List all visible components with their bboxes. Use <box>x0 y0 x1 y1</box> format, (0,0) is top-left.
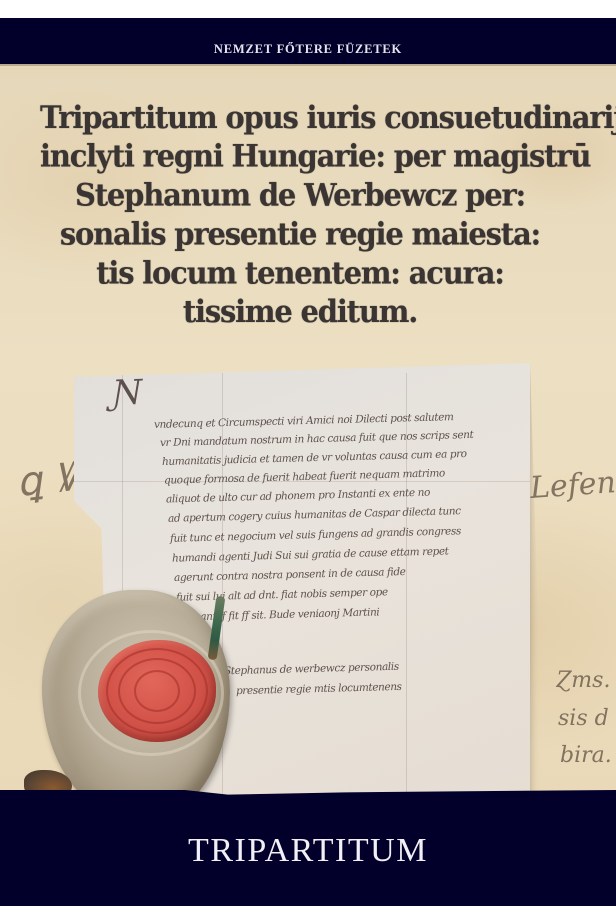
incipit-line: sonalis presentie regie maiesta: <box>40 215 560 254</box>
red-wax-seal <box>98 640 216 742</box>
series-title: NEMZET FŐTERE FÜZETEK <box>214 42 402 57</box>
incipit-line: tissime editum. <box>40 293 560 332</box>
background-handwriting: Lefen <box>529 465 616 506</box>
background-handwriting: bira. <box>560 743 612 768</box>
printed-incipit: Tripartitum opus iuris consuetudinarij i… <box>40 98 560 331</box>
series-header-band: NEMZET FŐTERE FÜZETEK <box>0 18 616 66</box>
background-handwriting: Ɀms. <box>556 668 610 693</box>
incipit-line: Tripartitum opus iuris consuetudinarij <box>40 98 560 137</box>
incipit-line: Stephanum de Werbewcz per: <box>40 176 560 215</box>
book-title: TRIPARTITUM <box>0 832 616 870</box>
incipit-line: tis locum tenentem: acura: <box>40 254 560 293</box>
incipit-line: inclyti regni Hungarie: per magistrū <box>40 137 560 176</box>
book-cover: NEMZET FŐTERE FÜZETEK ꝗ Ꝟm Lefen Ɀms. si… <box>0 18 616 906</box>
background-handwriting: sis d <box>558 706 609 731</box>
